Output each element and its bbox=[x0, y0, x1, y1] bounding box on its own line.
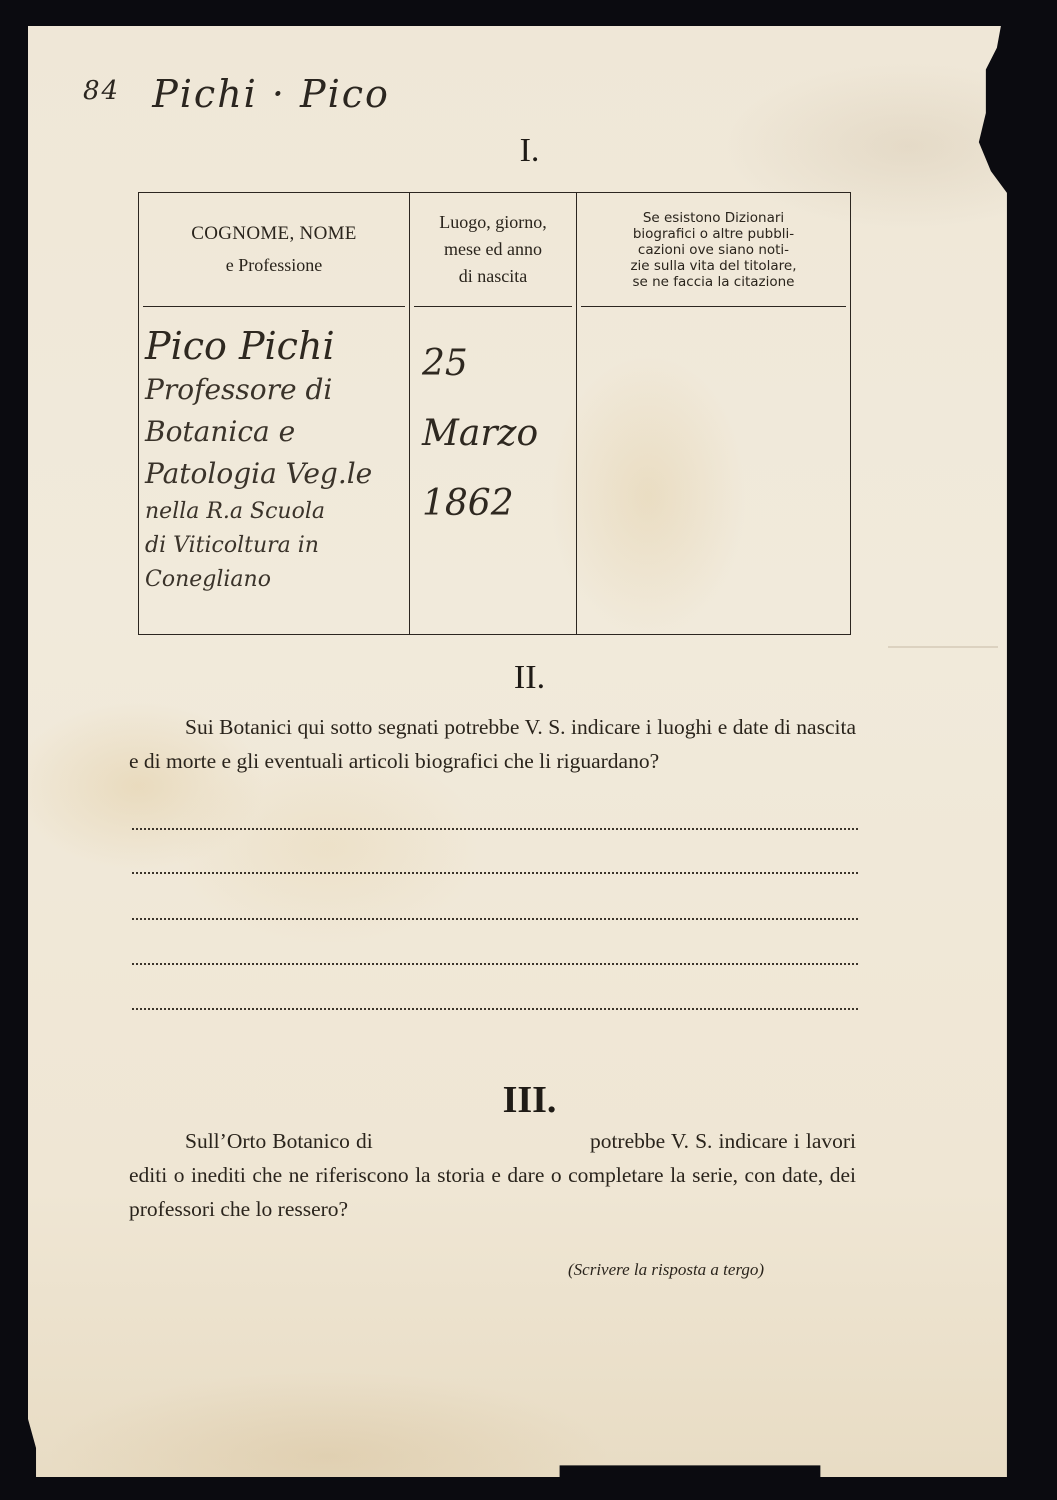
instruction-note: (Scrivere la risposta a tergo) bbox=[568, 1260, 764, 1280]
answer-line-2[interactable] bbox=[132, 872, 858, 874]
section-3-question: Sull’Orto Botanico di potrebbe V. S. ind… bbox=[129, 1124, 856, 1226]
name-column-header: COGNOME, NOME e Professione bbox=[143, 193, 405, 307]
section-2-title: II. bbox=[28, 659, 1031, 697]
header-label: se ne faccia la citazione bbox=[633, 274, 795, 290]
answer-line-5[interactable] bbox=[132, 1008, 858, 1010]
handwritten-birth-year: 1862 bbox=[422, 469, 577, 539]
handwritten-profession: Botanica e bbox=[145, 411, 407, 453]
header-label: Se esistono Dizionari bbox=[643, 210, 784, 226]
answer-line-4[interactable] bbox=[132, 963, 858, 965]
references-entry-field[interactable] bbox=[577, 309, 850, 634]
name-column: COGNOME, NOME e Professione Pico Pichi P… bbox=[139, 193, 410, 634]
paper-crease bbox=[888, 646, 998, 648]
name-entry-field[interactable]: Pico Pichi Professore di Botanica e Pato… bbox=[145, 323, 407, 597]
header-label: di nascita bbox=[459, 263, 527, 290]
annotation-name: Pichi · Pico bbox=[152, 72, 390, 116]
header-label: biografici o altre pubbli- bbox=[633, 226, 794, 242]
biography-table: COGNOME, NOME e Professione Pico Pichi P… bbox=[138, 192, 851, 635]
birth-entry-field[interactable]: 25 Marzo 1862 bbox=[422, 329, 577, 539]
answer-line-1[interactable] bbox=[132, 828, 858, 830]
header-label: cazioni ove siano noti- bbox=[638, 242, 789, 258]
annotation-number: 84 bbox=[83, 76, 120, 106]
references-column: Se esistono Dizionari biografici o altre… bbox=[577, 193, 850, 634]
handwritten-profession: di Viticoltura in bbox=[145, 529, 407, 563]
header-label: COGNOME, NOME bbox=[191, 223, 356, 245]
header-label: zie sulla vita del titolare, bbox=[630, 258, 796, 274]
birth-column: Luogo, giorno, mese ed anno di nascita 2… bbox=[410, 193, 577, 634]
handwritten-annotation: 84 Pichi · Pico bbox=[83, 72, 390, 116]
section-2-question: Sui Botanici qui sotto segnati potrebbe … bbox=[129, 710, 856, 778]
question-text: Sui Botanici qui sotto segnati potrebbe … bbox=[129, 715, 856, 773]
handwritten-profession: Professore di bbox=[145, 369, 407, 411]
handwritten-place: Conegliano bbox=[145, 563, 407, 597]
document-page: 84 Pichi · Pico I. COGNOME, NOME e Profe… bbox=[28, 26, 1031, 1477]
references-column-header: Se esistono Dizionari biografici o altre… bbox=[581, 193, 846, 307]
answer-line-3[interactable] bbox=[132, 918, 858, 920]
handwritten-birth-date: 25 Marzo bbox=[422, 329, 577, 469]
section-3-title: III. bbox=[28, 1078, 1031, 1122]
birth-column-header: Luogo, giorno, mese ed anno di nascita bbox=[414, 193, 572, 307]
header-label: mese ed anno bbox=[444, 236, 542, 263]
handwritten-profession: Patologia Veg.le bbox=[145, 453, 407, 495]
section-1-title: I. bbox=[28, 132, 1031, 170]
handwritten-profession: nella R.a Scuola bbox=[145, 495, 407, 529]
handwritten-name: Pico Pichi bbox=[145, 323, 407, 369]
question-text: Sull’Orto Botanico di bbox=[185, 1129, 373, 1153]
header-label: Luogo, giorno, bbox=[439, 209, 547, 236]
header-label: e Professione bbox=[226, 255, 322, 276]
